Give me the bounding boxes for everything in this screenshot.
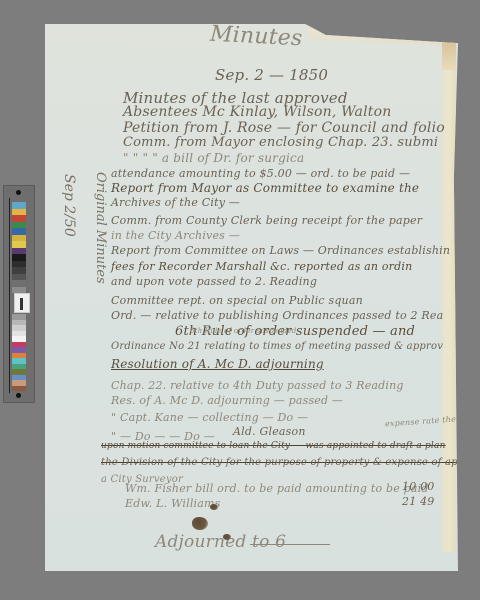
minutes-line: Chap. 22. relative to 4th Duty passed to… (111, 379, 404, 392)
interlinear-note: 6th Rule of order suspended (190, 327, 297, 335)
manuscript-page: Minutes Sep. 2 — 1850 Original Minutes S… (45, 24, 458, 571)
minutes-line: Comm. from County Clerk being receipt fo… (111, 214, 422, 227)
minutes-line: Ord. — relative to publishing Ordinances… (111, 309, 443, 322)
minutes-line: fees for Recorder Marshall &c. reported … (111, 260, 412, 273)
scan-background: Minutes Sep. 2 — 1850 Original Minutes S… (0, 0, 480, 600)
minutes-line: upon motion committee to loan the City —… (101, 441, 446, 451)
document-title: Minutes (209, 22, 303, 52)
minutes-line: Wm. Fisher bill ord. to be paid amountin… (125, 482, 429, 495)
closing-rule (250, 544, 330, 545)
minutes-line: Ald. Gleason (233, 425, 306, 438)
minutes-line: Petition from J. Rose — for Council and … (123, 120, 445, 136)
calibration-rail (9, 198, 10, 393)
registration-dot-icon (16, 393, 21, 398)
amount-1: 10 00 (402, 480, 435, 493)
minutes-line: the Division of the City for the purpose… (101, 457, 480, 468)
folded-corner (307, 24, 457, 46)
minutes-line: Edw. L. Williams (125, 497, 221, 510)
minutes-line: in the City Archives — (111, 229, 240, 242)
minutes-line: Ordinance No 21 relating to times of mee… (111, 341, 443, 352)
registration-dot-icon (16, 190, 21, 195)
aged-right-edge (442, 42, 456, 552)
amount-2: 21 49 (402, 495, 435, 508)
closing-adjourned: Adjourned to 6 (155, 532, 286, 552)
minutes-line: Report from Committee on Laws — Ordinanc… (111, 244, 450, 257)
color-swatch (12, 386, 26, 392)
calibration-swatches-upper (12, 202, 26, 293)
margin-note-date: Sep 2/50 (61, 174, 77, 237)
ink-stain (210, 504, 218, 510)
minutes-line: attendance amounting to $5.00 — ord. to … (111, 167, 410, 180)
minutes-line: Archives of the City — (111, 196, 240, 209)
calibration-label (14, 293, 30, 313)
ink-stain (223, 534, 231, 540)
minutes-line: " " " " a bill of Dr. for surgica (123, 151, 304, 165)
minutes-line: Resolution of A. Mc D. adjourning (111, 357, 324, 371)
minutes-line: Comm. from Mayor enclosing Chap. 23. sub… (123, 135, 438, 150)
minutes-line: " Capt. Kane — collecting — Do — (111, 411, 308, 424)
calibration-swatches-lower (12, 314, 26, 391)
minutes-line: Res. of A. Mc D. adjourning — passed — (111, 394, 343, 407)
stained-corner (442, 42, 456, 70)
minutes-line: Report from Mayor as Committee to examin… (111, 181, 419, 195)
color-calibration-strip (3, 185, 35, 403)
minutes-line: and upon vote passed to 2. Reading (111, 275, 317, 288)
minutes-line: Absentees Mc Kinlay, Wilson, Walton (123, 104, 391, 120)
ink-stain (192, 517, 208, 530)
minutes-line: Committee rept. on special on Public squ… (111, 294, 363, 307)
margin-note-original-minutes: Original Minutes (93, 172, 108, 284)
date-line: Sep. 2 — 1850 (215, 66, 328, 84)
